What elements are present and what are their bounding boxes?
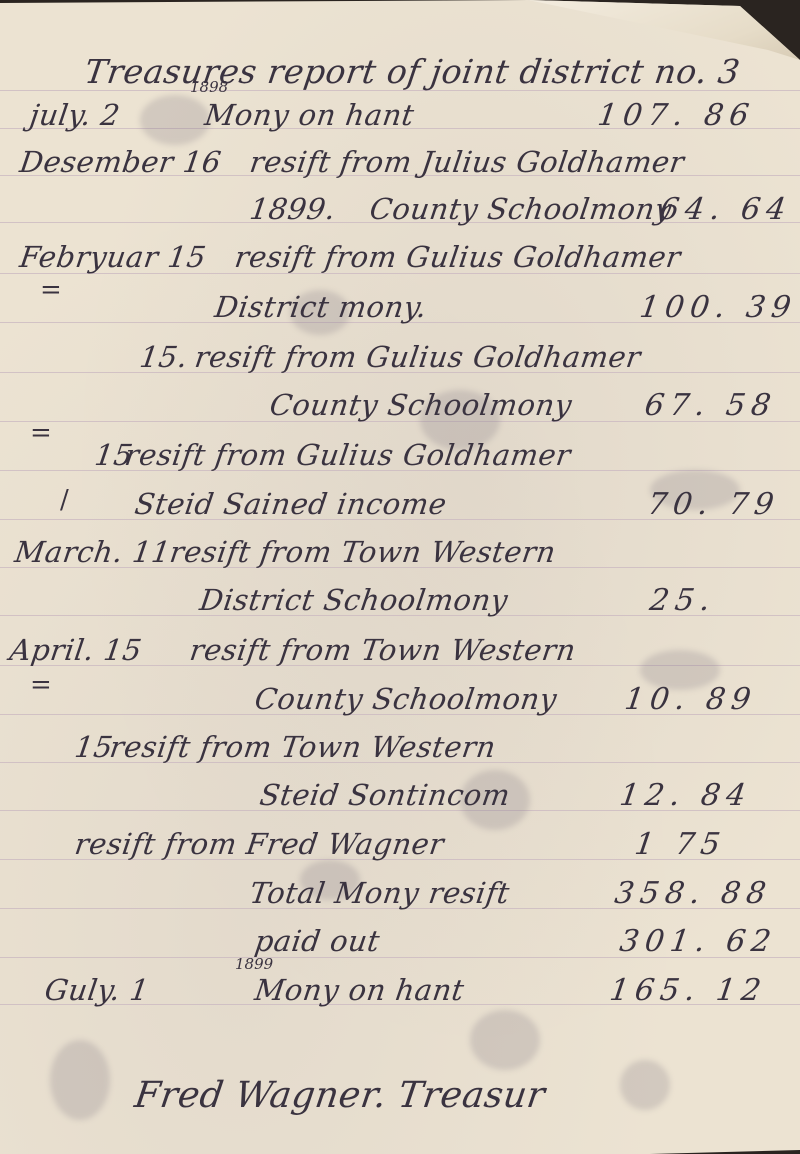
year-note: 1898 (190, 78, 228, 96)
entry-date: 15. (138, 340, 190, 374)
entry-amount: 25. (648, 583, 719, 618)
entry-text: County Schoolmony (368, 192, 675, 226)
total-received-label: Total Mony resift (248, 876, 512, 910)
entry-text: Steid Sained income (133, 487, 449, 521)
entry-text: District mony. (213, 290, 429, 324)
entry-text: Steid Sontincom (258, 778, 513, 812)
closing-year: 1899 (235, 955, 273, 973)
entry-text: resift from Julius Goldhamer (248, 145, 687, 179)
entry-date: April. 15 (8, 633, 145, 667)
closing-amount: 165. 12 (608, 973, 769, 1008)
entry-date: Desember 16 (18, 145, 224, 179)
treasurer-signature: Fred Wagner. Treasur (132, 1075, 548, 1116)
entry-amount: 107. 86 (596, 98, 757, 133)
entry-text: resift from Town Western (108, 730, 498, 764)
paid-out-amount: 301. 62 (618, 924, 779, 959)
entry-text: District Schoolmony (198, 583, 511, 617)
tally-mark: = (30, 670, 52, 700)
document-title: Treasures report of joint district no. 3 (82, 52, 742, 91)
tally-mark: = (40, 275, 62, 305)
paid-out-label: paid out (253, 924, 382, 958)
entry-text: resift from Gulius Goldhamer (193, 340, 643, 374)
tally-mark: = (30, 418, 52, 448)
entry-amount: 64. 64 (658, 192, 794, 227)
stain (470, 1010, 540, 1070)
entry-amount: 100. 39 (638, 290, 799, 325)
stain (50, 1040, 110, 1120)
entry-date: july. 2 (28, 98, 123, 132)
tally-mark: / (60, 485, 69, 515)
entry-text: resift from Gulius Goldhamer (123, 438, 573, 472)
closing-label: Mony on hant (253, 973, 467, 1007)
entry-text: County Schoolmony (268, 388, 575, 422)
entry-amount: 67. 58 (643, 388, 779, 423)
ledger-paper: Treasures report of joint district no. 3… (0, 0, 800, 1154)
entry-year: 1899. (248, 192, 338, 226)
entry-date: Febryuar 15 (18, 240, 209, 274)
entry-text: resift from Gulius Goldhamer (233, 240, 683, 274)
closing-date: Guly. 1 (43, 973, 152, 1007)
entry-amount: 70. 79 (646, 487, 782, 522)
entry-amount: 1 75 (633, 827, 729, 862)
stain (140, 95, 210, 145)
entry-text: resift from Fred Wagner (73, 827, 447, 861)
entry-amount: 10. 89 (623, 682, 759, 717)
stain (620, 1060, 670, 1110)
entry-amount: 12. 84 (618, 778, 754, 813)
entry-date: March. 11 (13, 535, 173, 569)
entry-text: County Schoolmony (253, 682, 560, 716)
entry-text: Mony on hant (203, 98, 417, 132)
entry-text: resift from Town Western (188, 633, 578, 667)
total-received-amount: 358. 88 (613, 876, 774, 911)
entry-text: resift from Town Western (168, 535, 558, 569)
